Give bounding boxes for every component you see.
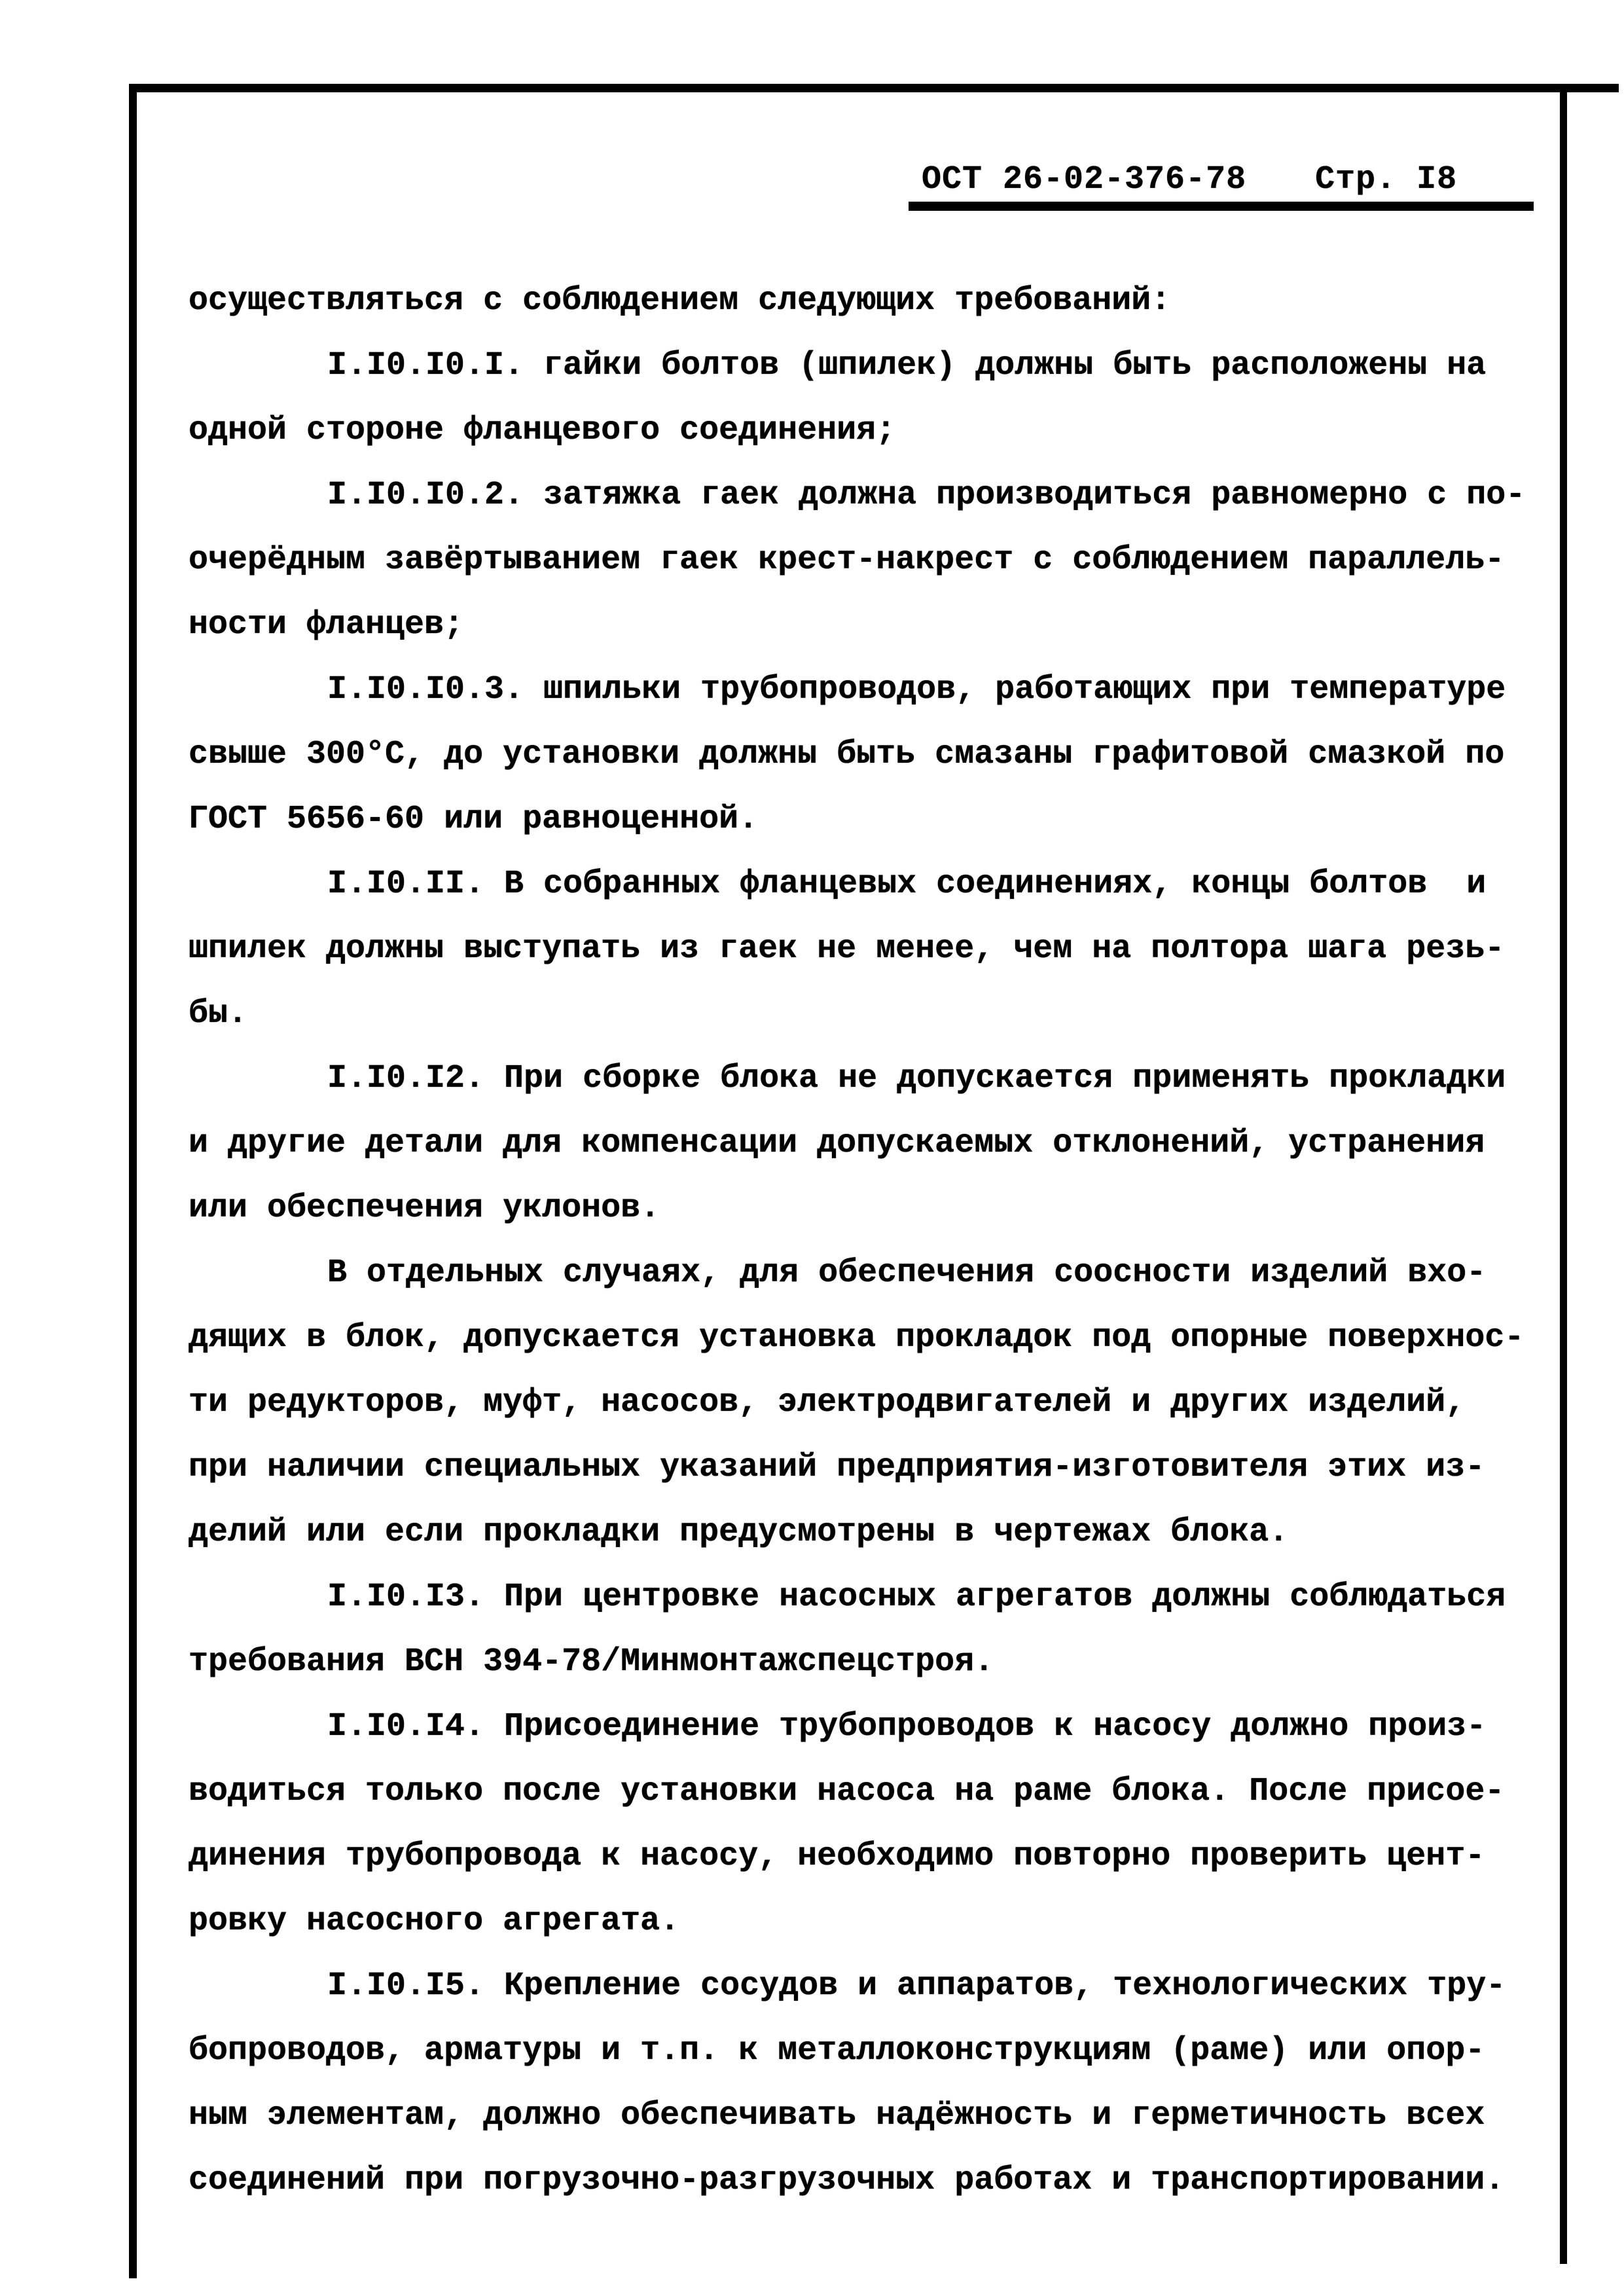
text-line: ровку насосного агрегата.	[189, 1889, 1537, 1954]
text-line: I.I0.I3. При центровке насосных агрегато…	[189, 1565, 1537, 1630]
header-underline	[909, 202, 1534, 211]
page-header: ОСТ 26-02-376-78 Стр. I8	[922, 161, 1457, 198]
page-border-top	[129, 84, 1619, 92]
text-line: динения трубопровода к насосу, необходим…	[189, 1824, 1537, 1889]
body-text: осуществляться с соблюдением следующих т…	[189, 268, 1537, 2213]
text-line: при наличии специальных указаний предпри…	[189, 1435, 1537, 1500]
text-line: свыше 300°С, до установки должны быть см…	[189, 722, 1537, 787]
text-line: I.I0.I0.I. гайки болтов (шпилек) должны …	[189, 333, 1537, 398]
text-line: I.I0.I4. Присоединение трубопроводов к н…	[189, 1694, 1537, 1759]
text-line: одной стороне фланцевого соединения;	[189, 398, 1537, 463]
text-line: ности фланцев;	[189, 592, 1537, 657]
text-line: делий или если прокладки предусмотрены в…	[189, 1500, 1537, 1565]
standard-number: ОСТ 26-02-376-78	[922, 161, 1246, 198]
text-line: В отдельных случаях, для обеспечения соо…	[189, 1241, 1537, 1305]
page-border-left	[129, 84, 137, 2278]
page-border-right	[1560, 84, 1567, 2264]
text-line: водиться только после установки насоса н…	[189, 1759, 1537, 1824]
text-line: или обеспечения уклонов.	[189, 1176, 1537, 1241]
text-line: требования ВСН 394-78/Минмонтажспецстроя…	[189, 1630, 1537, 1694]
text-line: I.I0.I2. При сборке блока не допускается…	[189, 1046, 1537, 1111]
text-line: I.I0.II. В собранных фланцевых соединени…	[189, 852, 1537, 917]
text-line: осуществляться с соблюдением следующих т…	[189, 268, 1537, 333]
text-line: дящих в блок, допускается установка прок…	[189, 1305, 1537, 1370]
page-number-label: Стр. I8	[1315, 161, 1457, 198]
text-line: бы.	[189, 981, 1537, 1046]
scanned-document-page: ОСТ 26-02-376-78 Стр. I8 осуществляться …	[0, 0, 1624, 2296]
text-line: соединений при погрузочно-разгрузочных р…	[189, 2148, 1537, 2213]
text-line: I.I0.I5. Крепление сосудов и аппаратов, …	[189, 1954, 1537, 2018]
text-line: ным элементам, должно обеспечивать надёж…	[189, 2083, 1537, 2148]
text-line: ГОСТ 5656-60 или равноценной.	[189, 787, 1537, 852]
text-line: I.I0.I0.2. затяжка гаек должна производи…	[189, 463, 1537, 528]
text-line: и другие детали для компенсации допускае…	[189, 1111, 1537, 1176]
text-line: очерёдным завёртыванием гаек крест-накре…	[189, 528, 1537, 592]
text-line: I.I0.I0.3. шпильки трубопроводов, работа…	[189, 657, 1537, 722]
text-line: бопроводов, арматуры и т.п. к металлокон…	[189, 2018, 1537, 2083]
text-line: шпилек должны выступать из гаек не менее…	[189, 917, 1537, 981]
text-line: ти редукторов, муфт, насосов, электродви…	[189, 1370, 1537, 1435]
